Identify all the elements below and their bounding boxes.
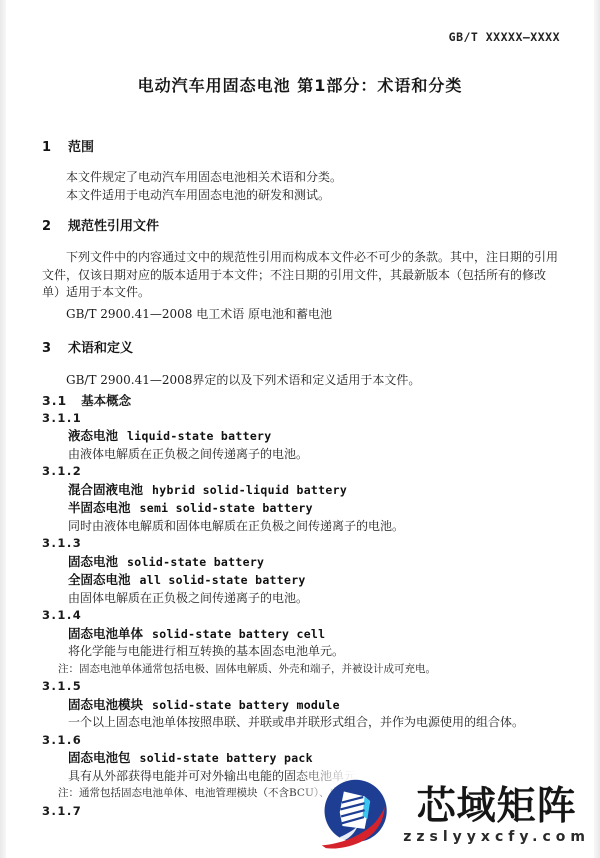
term-zh: 半固态电池 xyxy=(68,500,131,515)
doc-number: GB/T XXXXX—XXXX xyxy=(449,30,560,44)
term-zh: 全固态电池 xyxy=(68,572,131,587)
term-entry: 3.1.4 固态电池单体solid-state battery cell 将化学… xyxy=(42,607,562,678)
terms-intro: GB/T 2900.41—2008界定的以及下列术语和定义适用于本文件。 xyxy=(42,372,562,390)
term-definition: 同时由液体电解质和固体电解质在正负极之间传递离子的电池。 xyxy=(42,518,562,536)
section-normative-references: 2规范性引用文件 下列文件中的内容通过文中的规范性引用而构成本文件必不可少的条款… xyxy=(42,218,562,323)
scope-paragraph: 本文件规定了电动汽车用固态电池相关术语和分类。 xyxy=(42,169,562,187)
term-number: 3.1.5 xyxy=(42,678,562,696)
section-number: 3 xyxy=(42,340,51,358)
term-entry: 3.1.3 固态电池solid-state battery 全固态电池all s… xyxy=(42,535,562,607)
section-heading-scope: 1范围 xyxy=(42,139,562,157)
term-number: 3.1.1 xyxy=(42,410,562,428)
term-entry: 3.1.5 固态电池模块solid-state battery module 一… xyxy=(42,678,562,732)
term-en: liquid-state battery xyxy=(127,429,271,443)
term-en: solid-state battery pack xyxy=(140,751,313,765)
term-number: 3.1.6 xyxy=(42,732,562,750)
section-number: 1 xyxy=(42,139,51,157)
term-number: 3.1.3 xyxy=(42,535,562,553)
section-label: 规范性引用文件 xyxy=(68,219,159,234)
scope-paragraph: 本文件适用于电动汽车用固态电池的研发和测试。 xyxy=(42,187,562,205)
term-entry: 3.1.1 液态电池liquid-state battery 由液体电解质在正负… xyxy=(42,410,562,464)
term-en: solid-state battery cell xyxy=(152,627,325,641)
term-zh: 固态电池 xyxy=(68,554,118,569)
term-zh: 固态电池包 xyxy=(68,750,131,765)
document-body: 1范围 本文件规定了电动汽车用固态电池相关术语和分类。 本文件适用于电动汽车用固… xyxy=(0,139,600,820)
section-number: 2 xyxy=(42,218,51,236)
term-en: semi solid-state battery xyxy=(140,501,313,515)
section-label: 范围 xyxy=(68,140,94,155)
term-note: 注：固态电池单体通常包括电极、固体电解质、外壳和端子，并被设计成可充电。 xyxy=(42,661,562,679)
term-en: solid-state battery xyxy=(127,555,264,569)
term-en: solid-state battery module xyxy=(152,698,340,712)
term-number: 3.1.2 xyxy=(42,463,562,481)
term-definition: 将化学能与电能进行相互转换的基本固态电池单元。 xyxy=(42,643,562,661)
subsection-number: 3.1 xyxy=(42,392,67,410)
term-zh: 固态电池模块 xyxy=(68,697,143,712)
term-en: all solid-state battery xyxy=(140,573,306,587)
term-definition: 由液体电解质在正负极之间传递离子的电池。 xyxy=(42,446,562,464)
standard-document-page: GB/T XXXXX—XXXX 电动汽车用固态电池 第1部分：术语和分类 1范围… xyxy=(0,0,600,820)
term-number: 3.1.4 xyxy=(42,607,562,625)
term-zh: 混合固液电池 xyxy=(68,482,143,497)
document-header: GB/T XXXXX—XXXX xyxy=(0,0,600,45)
sail-building-logo-icon xyxy=(319,776,395,854)
subsection-heading-basic-concepts: 3.1基本概念 xyxy=(42,392,562,410)
watermark-domain: zzslyyxcfy.com xyxy=(403,829,590,845)
section-heading-normative-refs: 2规范性引用文件 xyxy=(42,218,562,236)
term-zh: 固态电池单体 xyxy=(68,626,143,641)
watermark-brand: 芯域矩阵 xyxy=(417,785,577,827)
term-en: hybrid solid-liquid battery xyxy=(152,483,347,497)
term-entry: 3.1.2 混合固液电池hybrid solid-liquid battery … xyxy=(42,463,562,535)
section-heading-terms: 3术语和定义 xyxy=(42,340,562,358)
term-zh: 液态电池 xyxy=(68,428,118,443)
section-label: 术语和定义 xyxy=(68,341,133,356)
referenced-standard: GB/T 2900.41—2008 电工术语 原电池和蓄电池 xyxy=(42,306,562,324)
term-definition: 一个以上固态电池单体按照串联、并联或串并联形式组合，并作为电源使用的组合体。 xyxy=(42,714,562,732)
term-definition: 由固体电解质在正负极之间传递离子的电池。 xyxy=(42,590,562,608)
site-watermark: 芯域矩阵 zzslyyxcfy.com xyxy=(319,776,590,854)
page-title: 电动汽车用固态电池 第1部分：术语和分类 xyxy=(0,75,600,97)
normative-refs-paragraph: 下列文件中的内容通过文中的规范性引用而构成本文件必不可少的条款。其中，注日期的引… xyxy=(42,249,562,302)
subsection-label: 基本概念 xyxy=(81,393,131,408)
